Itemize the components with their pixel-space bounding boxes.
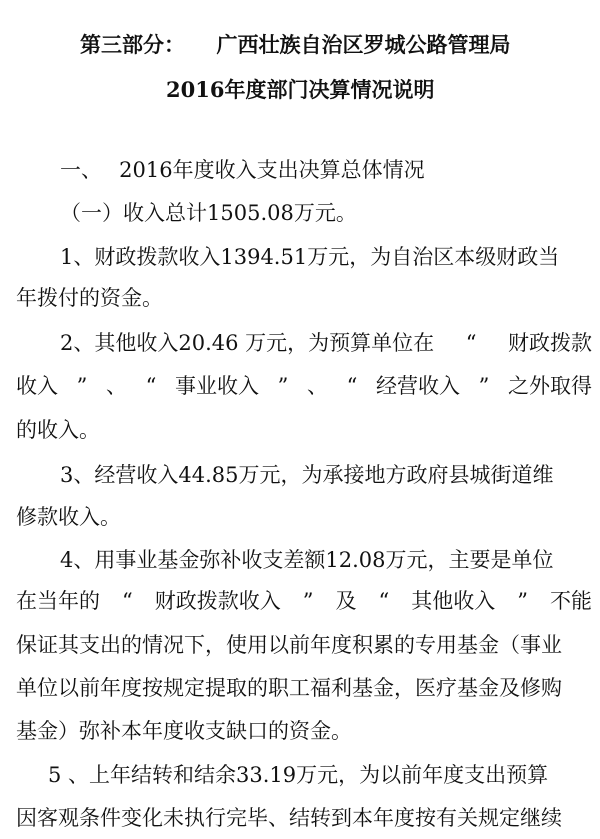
- title-line-2: 2016年度部门决算情况说明: [166, 76, 434, 104]
- text-segment: 收入: [16, 372, 58, 400]
- text-segment: “: [122, 587, 133, 615]
- text-segment: 财政拨款收入: [155, 587, 281, 615]
- item-2-line-1: 2、其他收入20.46 万元，为预算单位在 “ 财政拨款: [60, 329, 592, 357]
- text-segment: 2、其他收入20.46 万元，为预算单位在: [60, 329, 434, 357]
- text-segment: ”: [303, 587, 314, 615]
- item-2-line-3: 的收入。: [16, 416, 100, 444]
- item-1-line-1: 1、财政拨款收入1394.51万元，为自治区本级财政当: [60, 243, 559, 271]
- item-4-line-2: 在当年的 “ 财政拨款收入 ” 及 “ 其他收入 ” 不能: [16, 587, 592, 615]
- text-segment: 经营收入: [376, 372, 460, 400]
- text-segment: “: [379, 587, 390, 615]
- text-segment: 及: [336, 587, 357, 615]
- text-segment: 事业收入: [175, 372, 259, 400]
- item-5-line-2: 因客观条件变化未执行完毕、结转到本年度按有关规定继续: [16, 804, 562, 832]
- item-3-line-2: 修款收入。: [16, 503, 121, 531]
- text-segment: 、: [307, 372, 328, 400]
- item-3-line-1: 3、经营收入44.85万元，为承接地方政府县城街道维: [60, 461, 553, 489]
- text-segment: 其他收入: [411, 587, 495, 615]
- text-segment: “: [146, 372, 157, 400]
- text-segment: ”: [479, 372, 490, 400]
- item-4-line-3: 保证其支出的情况下，使用以前年度积累的专用基金（事业: [16, 631, 562, 659]
- text-segment: “: [466, 329, 477, 357]
- item-1-line-2: 年拨付的资金。: [16, 284, 163, 312]
- text-segment: 之外取得: [508, 372, 592, 400]
- text-segment: “: [347, 372, 358, 400]
- text-segment: 财政拨款: [508, 329, 592, 357]
- section-heading: 一、 2016年度收入支出决算总体情况: [60, 156, 425, 184]
- title-line-1: 第三部分： 广西壮族自治区罗城公路管理局: [80, 31, 511, 59]
- item-5-line-1: 5 、上年结转和结余33.19万元，为以前年度支出预算: [48, 761, 548, 789]
- text-segment: ”: [517, 587, 528, 615]
- income-total: （一）收入总计1505.08万元。: [60, 199, 357, 227]
- item-4-line-1: 4、用事业基金弥补收支差额12.08万元，主要是单位: [60, 546, 553, 574]
- text-segment: ”: [278, 372, 289, 400]
- text-segment: 不能: [550, 587, 592, 615]
- text-segment: 在当年的: [16, 587, 100, 615]
- item-4-line-4: 单位以前年度按规定提取的职工福利基金，医疗基金及修购: [16, 674, 562, 702]
- text-segment: 、: [106, 372, 127, 400]
- item-4-line-5: 基金）弥补本年度收支缺口的资金。: [16, 717, 352, 745]
- text-segment: ”: [77, 372, 88, 400]
- item-2-line-2: 收入 ” 、 “ 事业收入 ” 、 “ 经营收入 ” 之外取得: [16, 372, 592, 400]
